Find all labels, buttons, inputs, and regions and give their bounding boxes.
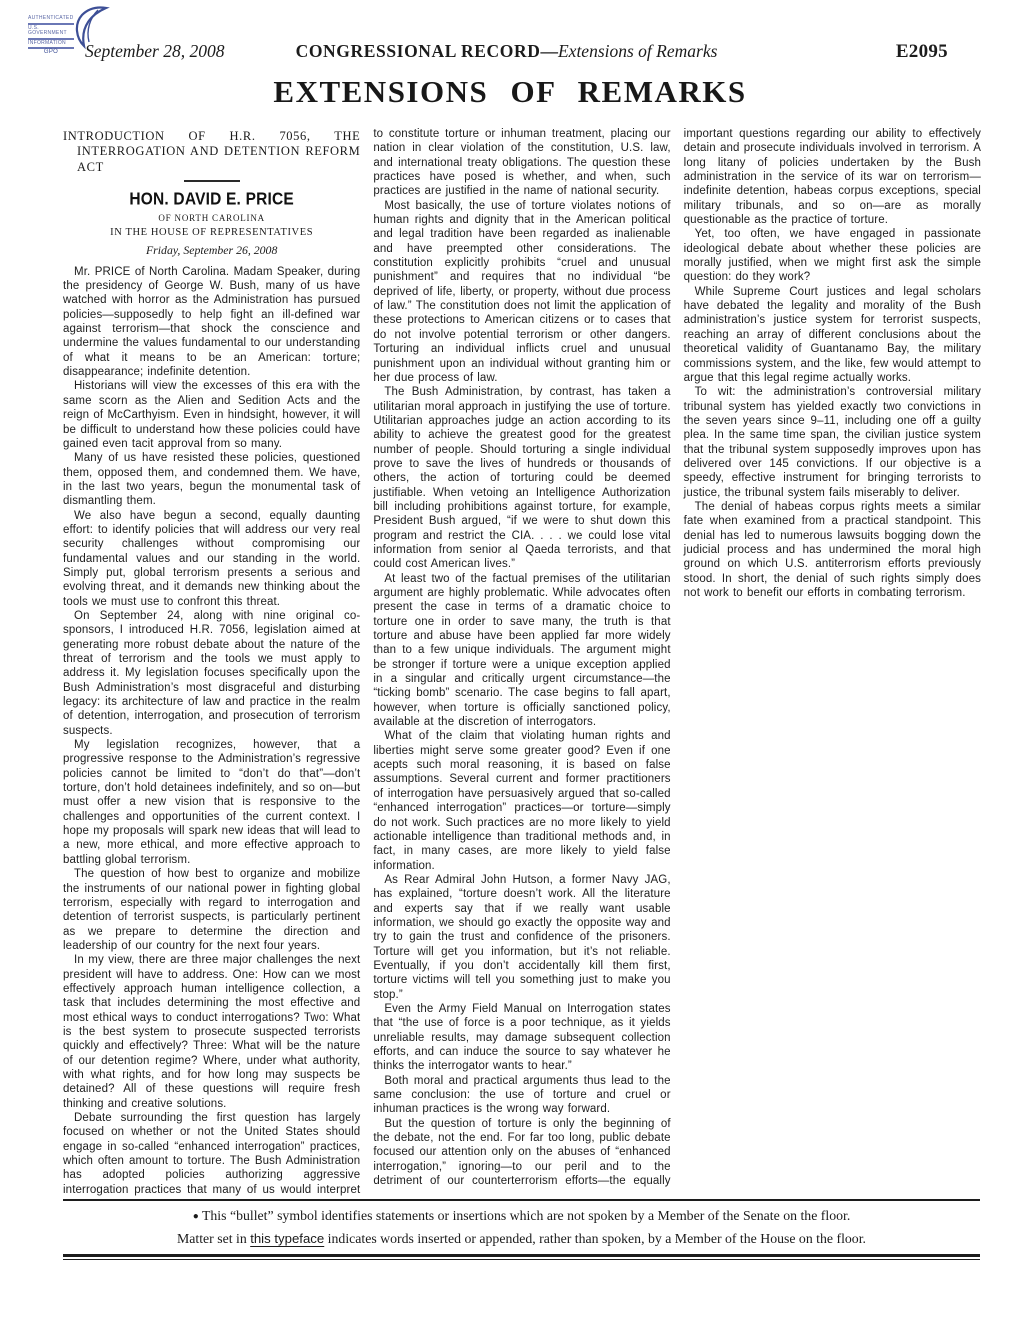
bullet-icon: ● xyxy=(193,1211,199,1222)
speech-paragraph: The question of how best to organize and… xyxy=(63,867,360,953)
footer-top-rule xyxy=(63,1199,980,1201)
speech-paragraph: What of the claim that violating human r… xyxy=(373,729,670,872)
speech-paragraph: On September 24, along with nine origina… xyxy=(63,609,360,738)
journal-name: CONGRESSIONAL RECORD xyxy=(296,41,541,61)
speaker-state: OF NORTH CAROLINA xyxy=(63,213,360,223)
speech-paragraph: Yet, too often, we have engaged in passi… xyxy=(684,227,981,284)
speech-paragraph: We also have begun a second, equally dau… xyxy=(63,509,360,609)
speech-paragraph: Both moral and practical arguments thus … xyxy=(373,1074,670,1117)
speech-paragraph: At least two of the factual premises of … xyxy=(373,572,670,730)
speech-paragraph: In my view, there are three major challe… xyxy=(63,953,360,1111)
speech-paragraph: Many of us have resisted these policies,… xyxy=(63,451,360,508)
speech-paragraph: Even the Army Field Manual on Interrogat… xyxy=(373,1002,670,1074)
speech-paragraph: The denial of habeas corpus rights meets… xyxy=(684,500,981,600)
heading-divider xyxy=(184,180,240,182)
speech-paragraph: My legislation recognizes, however, that… xyxy=(63,738,360,867)
article-heading: INTRODUCTION OF H.R. 7056, THE INTERROGA… xyxy=(63,129,360,175)
speech-paragraph: To wit: the administration’s controversi… xyxy=(684,385,981,500)
chamber-line: IN THE HOUSE OF REPRESENTATIVES xyxy=(63,227,360,238)
speech-paragraph: While Supreme Court justices and legal s… xyxy=(684,285,981,385)
footer-bottom-rule xyxy=(63,1254,980,1260)
speech-paragraph: The Bush Administration, by contrast, ha… xyxy=(373,385,670,571)
speech-paragraph: Mr. PRICE of North Carolina. Madam Speak… xyxy=(63,265,360,380)
speech-paragraph: Most basically, the use of torture viola… xyxy=(373,199,670,385)
speech-body: Mr. PRICE of North Carolina. Madam Speak… xyxy=(63,127,981,1198)
header-journal-title: CONGRESSIONAL RECORD—Extensions of Remar… xyxy=(63,41,950,62)
running-header: September 28, 2008 CONGRESSIONAL RECORD—… xyxy=(63,41,950,65)
page-title: EXTENSIONS OF REMARKS xyxy=(0,74,1020,110)
speaker-name: HON. DAVID E. PRICE xyxy=(63,190,360,210)
page-footer: ● This “bullet” symbol identifies statem… xyxy=(63,1199,980,1260)
article-columns: INTRODUCTION OF H.R. 7056, THE INTERROGA… xyxy=(63,127,981,1198)
journal-separator: — xyxy=(540,41,558,61)
speech-paragraph: As Rear Admiral John Hutson, a former Na… xyxy=(373,873,670,1002)
footer-typeface-prefix: Matter set in xyxy=(177,1231,250,1246)
congressional-record-page: AUTHENTICATED U.S. GOVERNMENT INFORMATIO… xyxy=(0,0,1020,1320)
footer-bullet-note: ● This “bullet” symbol identifies statem… xyxy=(63,1208,980,1224)
journal-section: Extensions of Remarks xyxy=(558,41,717,61)
speech-paragraph: Historians will view the excesses of thi… xyxy=(63,379,360,451)
footer-bullet-text: This “bullet” symbol identifies statemen… xyxy=(202,1208,850,1223)
footer-typeface-suffix: indicates words inserted or appended, ra… xyxy=(324,1231,866,1246)
speech-date: Friday, September 26, 2008 xyxy=(63,243,360,258)
header-page-number: E2095 xyxy=(896,41,948,63)
footer-typeface-sample: this typeface xyxy=(250,1231,324,1246)
footer-typeface-note: Matter set in this typeface indicates wo… xyxy=(63,1231,980,1247)
